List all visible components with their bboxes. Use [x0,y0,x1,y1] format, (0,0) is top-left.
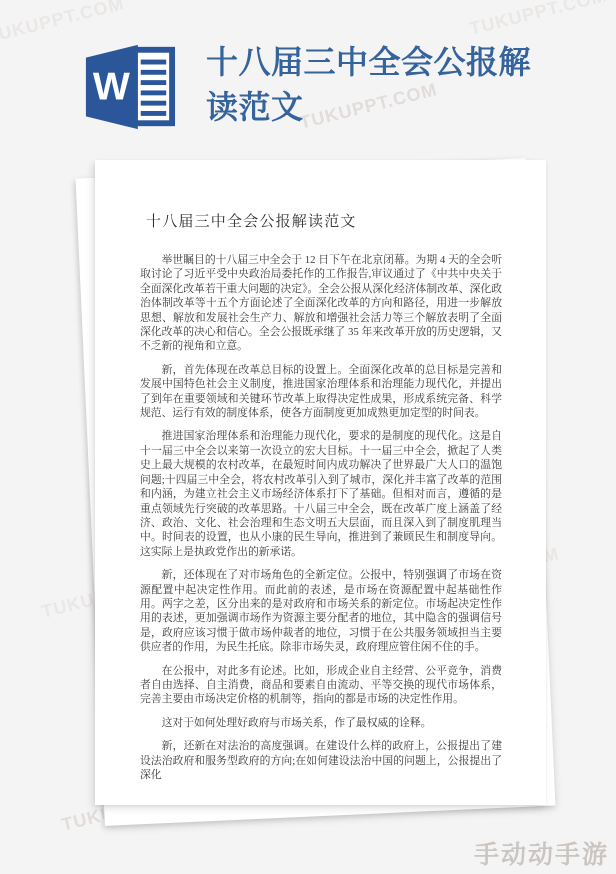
document-paragraph: 举世瞩目的十八届三中全会于 12 日下午在北京闭幕。为期 4 天的全会听取讨论了… [140,253,502,354]
document-paragraph: 这对于如何处理好政府与市场关系，作了最权威的诠释。 [140,716,502,730]
site-logo-text: 手动动手游 [474,835,609,871]
document-paragraph: 推进国家治理体系和治理能力现代化，要求的是制度的现代化。这是自十一届三中全会以来… [140,429,502,559]
site-watermark: TUKUPPT.COM [468,0,610,40]
page: TUKUPPT.COM TUKUPPT.COM TUKUPPT.COM TUKU… [0,0,616,874]
document-paragraph: 新，还新在对法治的高度强调。在建设什么样的政府上，公报提出了建设法治政府和服务型… [140,739,502,782]
document-paragraph: 新，首先体现在改革总目标的设置上。全面深化改革的总目标是完善和发展中国特色社会主… [140,363,502,421]
document-title: 十八届三中全会公报解读范文 [146,210,502,231]
page-title: 十八届三中全会公报解读范文 [206,40,544,130]
document-paragraph: 在公报中，对此多有论述。比如，形成企业自主经营、公平竞争，消费者自由选择、自主消… [140,664,502,707]
document-body: 举世瞩目的十八届三中全会于 12 日下午在北京闭幕。为期 4 天的全会听取讨论了… [140,253,502,782]
word-icon: W [78,40,180,134]
header: W 十八届三中全会公报解读范文 [78,40,544,134]
svg-text:W: W [93,66,130,109]
document-page: 十八届三中全会公报解读范文 举世瞩目的十八届三中全会于 12 日下午在北京闭幕。… [95,160,546,805]
document-paragraph: 新，还体现在了对市场角色的全新定位。公报中，特别强调了市场在资源配置中起决定性作… [140,568,502,654]
